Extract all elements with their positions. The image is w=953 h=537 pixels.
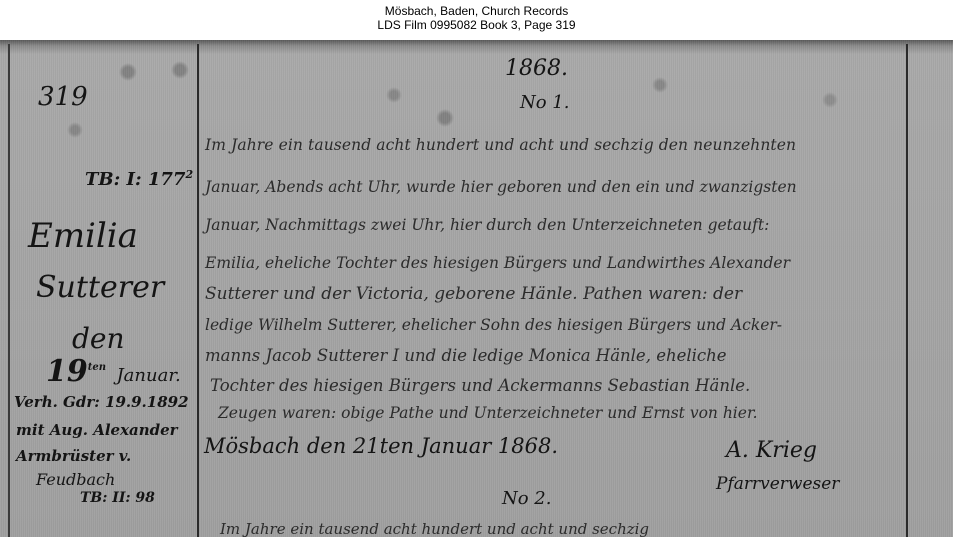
entry-1-place-date: Mösbach den 21ten Januar 1868. — [204, 434, 558, 458]
birth-month: Januar. — [116, 365, 180, 386]
margin-given-name: Emilia — [28, 216, 138, 256]
reference-text: TB: I: 177 — [85, 169, 185, 190]
marriage-note-line-2: mit Aug. Alexander — [16, 421, 178, 439]
margin-column-divider — [197, 44, 199, 537]
entry-1-signature-title: Pfarrverweser — [716, 474, 839, 494]
marriage-note-line-4: Feudbach — [36, 470, 115, 489]
marriage-note-line-3: Armbrüster v. — [16, 447, 131, 465]
register-year: 1868. — [505, 56, 568, 81]
caption-subtitle: LDS Film 0995082 Book 3, Page 319 — [0, 18, 953, 32]
entry-2-line-1: Im Jahre ein tausend acht hundert und ac… — [220, 520, 649, 537]
left-border-line — [8, 44, 10, 537]
entry-1-line-8: Tochter des hiesigen Bürgers und Ackerma… — [210, 376, 750, 395]
entry-1-line-1: Im Jahre ein tausend acht hundert und ac… — [205, 136, 796, 154]
page-number: 319 — [38, 82, 88, 112]
right-border-line — [906, 44, 908, 537]
birth-day-sup: ten — [88, 362, 106, 373]
entry-1-number: No 1. — [520, 92, 569, 113]
entry-1-signature: A. Krieg — [726, 438, 817, 463]
margin-birth-date: 19ten Januar. — [46, 354, 181, 389]
marriage-note-line-1: Verh. Gdr: 19.9.1892 — [14, 393, 189, 411]
entry-1-line-4: Emilia, eheliche Tochter des hiesigen Bü… — [205, 254, 790, 272]
reference-sup: 2 — [185, 168, 193, 181]
family-book-reference: TB: I: 1772 — [85, 168, 193, 190]
entry-1-line-7: manns Jacob Sutterer I und die ledige Mo… — [205, 346, 727, 365]
image-caption: Mösbach, Baden, Church Records LDS Film … — [0, 0, 953, 40]
margin-surname: Sutterer — [36, 270, 164, 305]
marriage-note-line-5: TB: II: 98 — [80, 490, 155, 506]
entry-1-line-6: ledige Wilhelm Sutterer, ehelicher Sohn … — [205, 316, 782, 334]
entry-1-line-9: Zeugen waren: obige Pathe und Unterzeich… — [218, 404, 758, 422]
caption-title: Mösbach, Baden, Church Records — [0, 4, 953, 18]
birth-day: 19 — [46, 354, 88, 389]
entry-1-line-2: Januar, Abends acht Uhr, wurde hier gebo… — [205, 178, 797, 196]
entry-2-number: No 2. — [502, 488, 551, 509]
register-page-scan: 319 TB: I: 1772 Emilia Sutterer den 19te… — [0, 40, 953, 537]
margin-den: den — [72, 322, 125, 355]
entry-1-line-3: Januar, Nachmittags zwei Uhr, hier durch… — [205, 216, 769, 234]
entry-1-line-5: Sutterer und der Victoria, geborene Hänl… — [205, 284, 742, 304]
